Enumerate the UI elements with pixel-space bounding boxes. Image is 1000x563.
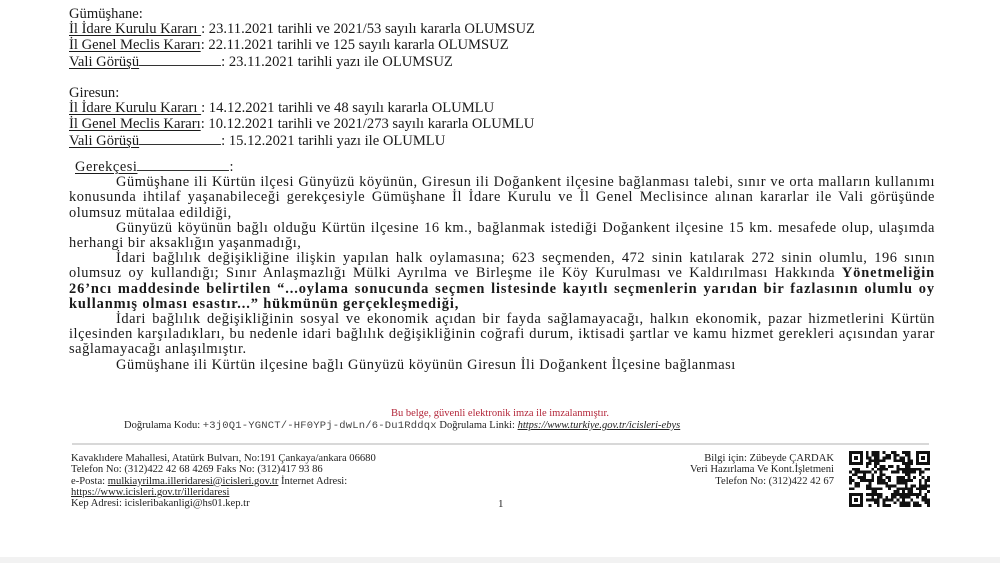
reasoning-heading: Gerekçesi:	[69, 158, 935, 175]
gumushane-title: Gümüşhane:	[69, 7, 535, 22]
gumushane-vali-row: Vali Görüşü: 23.11.2021 tarihli yazı ile…	[69, 53, 535, 70]
footer-phone: Telefon No: (312)422 42 68 4269 Faks No:…	[71, 464, 376, 475]
contact-phone: Telefon No: (312)422 42 67	[690, 476, 834, 487]
reasoning-paragraph-1: Gümüşhane ili Kürtün ilçesi Günyüzü köyü…	[69, 175, 935, 221]
gumushane-il-idare-row: İl İdare Kurulu Kararı : 23.11.2021 tari…	[69, 22, 535, 37]
gumushane-il-genel-meclis-row: İl Genel Meclis Kararı: 22.11.2021 tarih…	[69, 38, 535, 53]
giresun-il-idare-row: İl İdare Kurulu Kararı : 14.12.2021 tari…	[69, 101, 534, 116]
giresun-vali-row: Vali Görüşü: 15.12.2021 tarihli yazı ile…	[69, 132, 534, 149]
verification-link-label: Doğrulama Linki:	[437, 420, 518, 431]
row-value: : 15.12.2021 tarihli yazı ile OLUMLU	[221, 133, 445, 149]
email-label: e-Posta:	[71, 476, 108, 487]
row-label: İl İdare Kurulu Kararı	[69, 21, 201, 37]
giresun-title: Giresun:	[69, 86, 534, 101]
page-bottom-band	[0, 557, 1000, 563]
qr-code-icon	[849, 451, 930, 507]
giresun-decisions: Giresun: İl İdare Kurulu Kararı : 14.12.…	[69, 86, 534, 149]
giresun-il-genel-meclis-row: İl Genel Meclis Kararı: 10.12.2021 tarih…	[69, 117, 534, 132]
reasoning-paragraph-4: İdari bağlılık değişikliğinin sosyal ve …	[69, 312, 935, 358]
footer-web-link[interactable]: https://www.icisleri.gov.tr/illeridaresi	[71, 487, 376, 498]
paragraph-3-text: İdari bağlılık değişikliğine ilişkin yap…	[69, 250, 935, 281]
row-label: Vali Görüşü	[69, 54, 139, 70]
reasoning-heading-label: Gerekçesi	[75, 159, 137, 175]
contact-title: Veri Hazırlama Ve Kont.İşletmeni	[690, 464, 834, 475]
underline-fill	[139, 132, 221, 145]
footer-divider	[72, 443, 929, 445]
reasoning-paragraph-2: Günyüzü köyünün bağlı olduğu Kürtün ilçe…	[69, 221, 935, 251]
row-value: : 23.11.2021 tarihli ve 2021/53 sayılı k…	[201, 21, 535, 37]
reasoning-paragraph-5: Gümüşhane ili Kürtün ilçesine bağlı Güny…	[69, 358, 935, 373]
e-signature-note: Bu belge, güvenli elektronik imza ile im…	[0, 408, 1000, 419]
reasoning-section: Gerekçesi: Gümüşhane ili Kürtün ilçesi G…	[69, 158, 935, 373]
row-label: İl İdare Kurulu Kararı	[69, 100, 201, 116]
footer-email-link[interactable]: mulkiayrilma.illeridaresi@icisleri.gov.t…	[108, 476, 279, 487]
row-value: : 22.11.2021 tarihli ve 125 sayılı karar…	[201, 37, 509, 53]
reasoning-paragraph-3: İdari bağlılık değişikliğine ilişkin yap…	[69, 251, 935, 312]
footer-contact-info: Kavaklıdere Mahallesi, Atatürk Bulvarı, …	[71, 453, 376, 509]
verification-link[interactable]: https://www.turkiye.gov.tr/icisleri-ebys	[518, 420, 681, 431]
verification-code: +3j0Q1-YGNCT/-HF0YPj-dwLn/6-Du1Rddqx	[203, 420, 437, 432]
row-label: Vali Görüşü	[69, 133, 139, 149]
heading-colon: :	[229, 159, 234, 175]
underline-fill	[137, 158, 229, 171]
row-value: : 23.11.2021 tarihli yazı ile OLUMSUZ	[221, 54, 453, 70]
footer-email-line: e-Posta: mulkiayrilma.illeridaresi@icisl…	[71, 476, 376, 487]
row-label: İl Genel Meclis Kararı	[69, 37, 201, 53]
document-page: Gümüşhane: İl İdare Kurulu Kararı : 23.1…	[0, 0, 1000, 563]
footer-address: Kavaklıdere Mahallesi, Atatürk Bulvarı, …	[71, 453, 376, 464]
row-value: : 10.12.2021 tarihli ve 2021/273 sayılı …	[201, 116, 535, 132]
contact-name: Bilgi için: Zübeyde ÇARDAK	[690, 453, 834, 464]
row-label: İl Genel Meclis Kararı	[69, 116, 201, 132]
web-label: İnternet Adresi:	[278, 476, 347, 487]
row-value: : 14.12.2021 tarihli ve 48 sayılı kararl…	[201, 100, 494, 116]
footer-contact-person: Bilgi için: Zübeyde ÇARDAK Veri Hazırlam…	[690, 453, 834, 487]
page-number: 1	[498, 498, 504, 510]
underline-fill	[139, 53, 221, 66]
footer-kep: Kep Adresi: icisleribakanligi@hs01.kep.t…	[71, 498, 376, 509]
gumushane-decisions: Gümüşhane: İl İdare Kurulu Kararı : 23.1…	[69, 7, 535, 70]
verification-code-label: Doğrulama Kodu:	[124, 420, 203, 431]
verification-line: Doğrulama Kodu: +3j0Q1-YGNCT/-HF0YPj-dwL…	[124, 420, 680, 432]
